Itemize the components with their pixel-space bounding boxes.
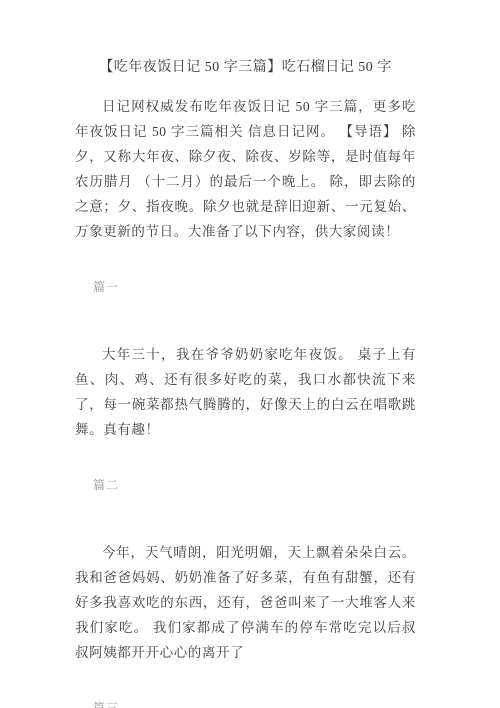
intro-paragraph: 日记网权威发布吃年夜饭日记 50 字三篇，更多吃年夜饭日记 50 字三篇相关 信… (75, 94, 416, 244)
section-body-1: 大年三十，我在爷爷奶奶家吃年夜饭。 桌子上有鱼、肉、鸡、还有很多好吃的菜，我口水… (75, 342, 416, 442)
section-heading-2: 篇二 (93, 478, 416, 492)
section-heading-1: 篇一 (93, 280, 416, 294)
document-page: 【吃年夜饭日记 50 字三篇】吃石榴日记 50 字 日记网权威发布吃年夜饭日记 … (0, 0, 500, 708)
section-body-2: 今年，天气晴朗，阳光明媚，天上飘着朵朵白云。 我和爸爸妈妈、奶奶准备了好多菜，有… (75, 540, 416, 665)
section-heading-3: 篇三 (93, 701, 416, 708)
page-title: 【吃年夜饭日记 50 字三篇】吃石榴日记 50 字 (75, 57, 416, 79)
